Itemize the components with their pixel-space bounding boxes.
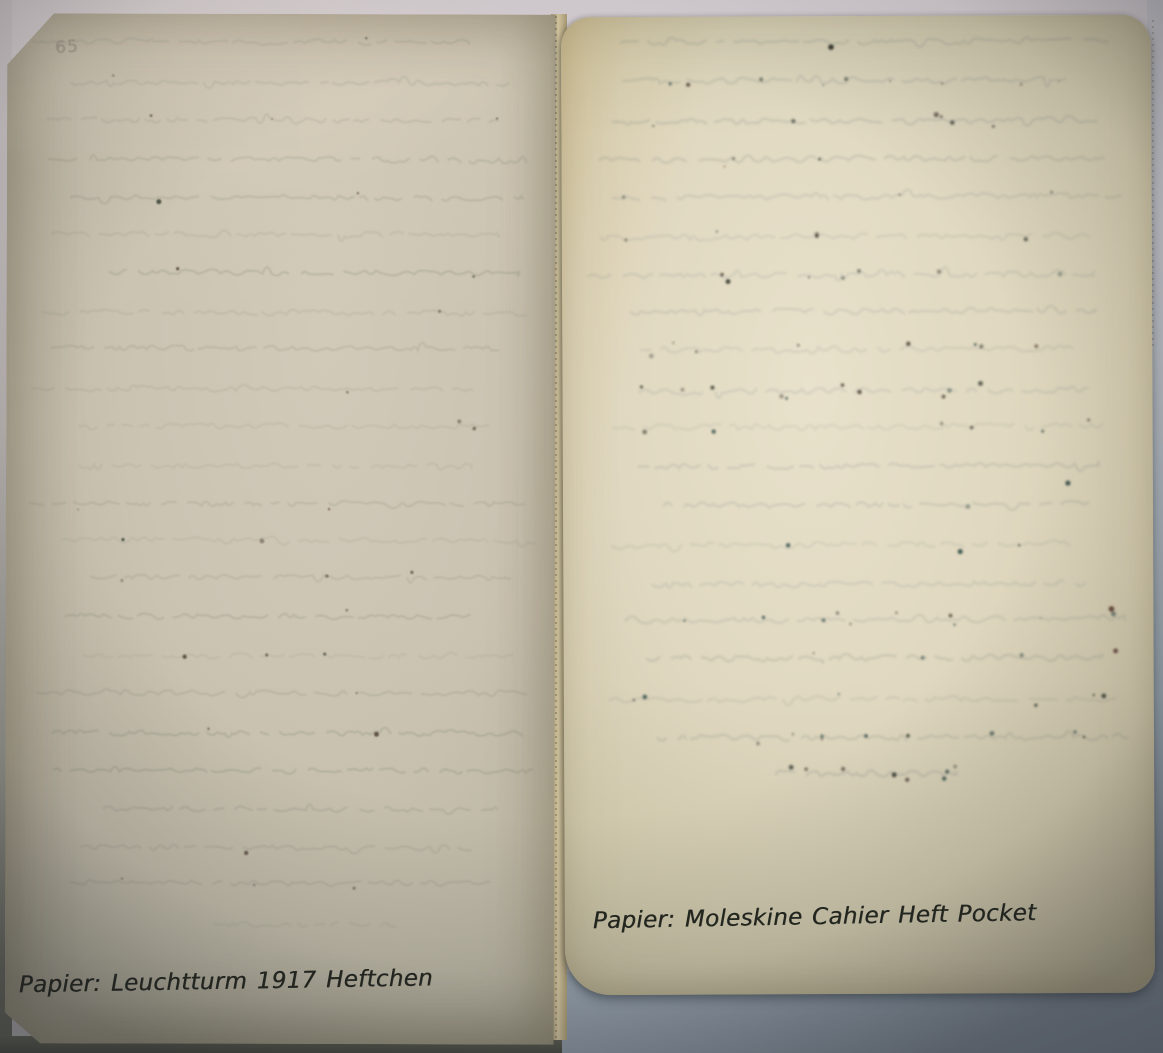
left-notebook-page: 65 Papier: Leuchtturm 1917 Heftchen (5, 13, 557, 1044)
photo-scene: 65 Papier: Leuchtturm 1917 Heftchen Papi… (0, 0, 1163, 1053)
left-page-perforated-edge (555, 16, 557, 1038)
right-page-showthrough-handwriting (561, 15, 1155, 996)
right-page-perforation-stub (1152, 20, 1154, 350)
right-notebook-page: Papier: Moleskine Cahier Heft Pocket (561, 15, 1155, 996)
page-number: 65 (55, 37, 80, 59)
left-page-showthrough-handwriting (5, 13, 557, 1044)
